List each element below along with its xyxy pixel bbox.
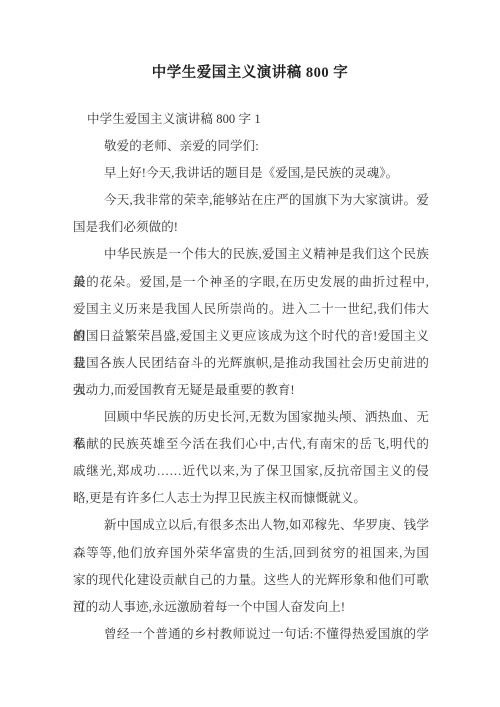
document-body: 中学生爱国主义演讲稿 800 字 1敬爱的老师、亲爱的同学们:早上好!今天,我讲… xyxy=(73,106,429,648)
text-line: 家的现代化建设贡献自己的力量。这些人的光辉形象和他们可歌可 xyxy=(73,567,429,594)
text-line: 大动力,而爱国教育无疑是最重要的教育! xyxy=(73,377,429,404)
document-title: 中学生爱国主义演讲稿 800 字 xyxy=(0,61,500,82)
document-page: 中学生爱国主义演讲稿 800 字 中学生爱国主义演讲稿 800 字 1敬爱的老师… xyxy=(0,0,500,707)
text-line: 敬爱的老师、亲爱的同学们: xyxy=(73,133,429,160)
text-line: 中华民族是一个伟大的民族,爱国主义精神是我们这个民族最 xyxy=(73,241,429,268)
document-subheading-line: 中学生爱国主义演讲稿 800 字 1 xyxy=(73,106,429,133)
text-line: 美的花朵。爱国,是一个神圣的字眼,在历史发展的曲折过程中, xyxy=(73,269,429,296)
text-line: 祖国日益繁荣昌盛,爱国主义更应该成为这个时代的音!爱国主义是 xyxy=(73,323,429,350)
text-line: 曾经一个普通的乡村教师说过一句话:不懂得热爱国旗的学 xyxy=(73,621,429,648)
text-line: 国是我们必须做的! xyxy=(73,214,429,241)
text-line: 回顾中华民族的历史长河,无数为国家抛头颅、洒热血、无私 xyxy=(73,404,429,431)
text-line: 爱国主义历来是我国人民所崇尚的。进入二十一世纪,我们伟大的 xyxy=(73,296,429,323)
text-line: 泣的动人事迹,永远激励着每一个中国人奋发向上! xyxy=(73,594,429,621)
text-line: 森等等,他们放弃国外荣华富贵的生活,回到贫穷的祖国来,为国 xyxy=(73,540,429,567)
text-line: 奉献的民族英雄至今活在我们心中,古代,有南宋的岳飞,明代的 xyxy=(73,431,429,458)
text-line: 早上好!今天,我讲话的题目是《爱国,是民族的灵魂》。 xyxy=(73,160,429,187)
text-line: 新中国成立以后,有很多杰出人物,如邓稼先、华罗庚、钱学 xyxy=(73,512,429,539)
text-line: 今天,我非常的荣幸,能够站在庄严的国旗下为大家演讲。爱 xyxy=(73,187,429,214)
text-line: 略,更是有许多仁人志士为捍卫民族主权而慷慨就义。 xyxy=(73,485,429,512)
text-line: 戚继光,郑成功……近代以来,为了保卫国家,反抗帝国主义的侵 xyxy=(73,458,429,485)
text-line: 我国各族人民团结奋斗的光辉旗帜,是推动我国社会历史前进的强 xyxy=(73,350,429,377)
